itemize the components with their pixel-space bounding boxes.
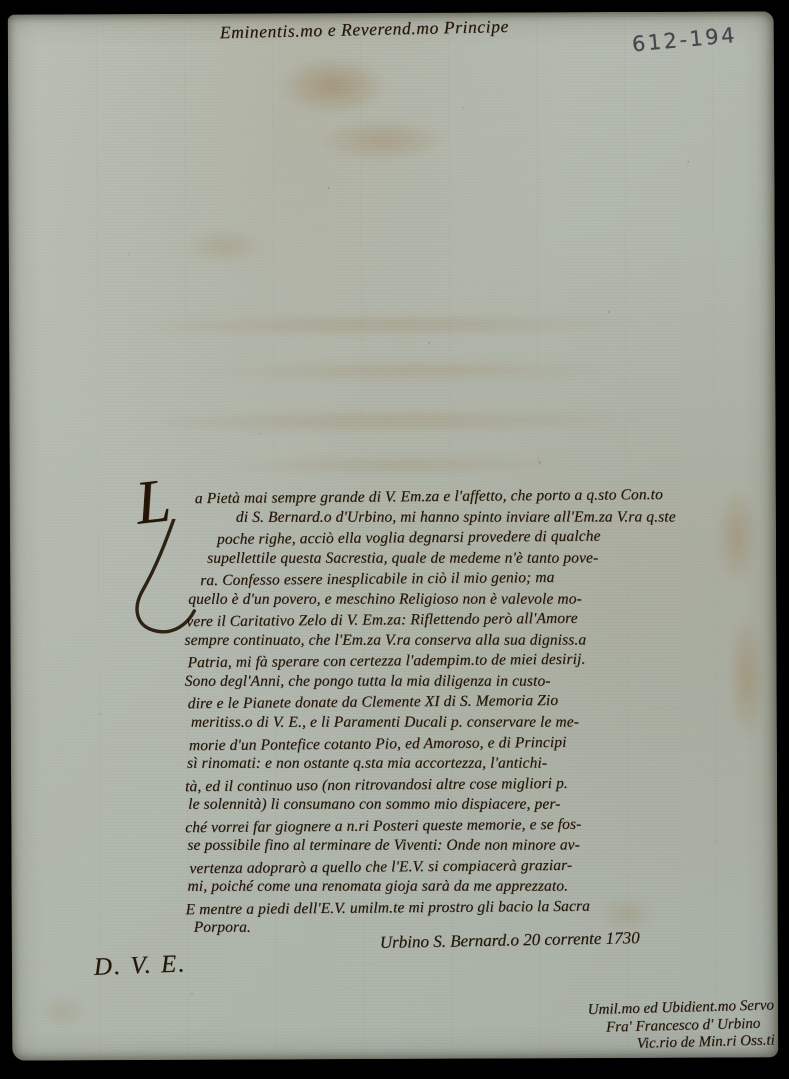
bleed-through-line xyxy=(34,310,734,341)
letter-line: se possibile fino al terminare de Vivent… xyxy=(179,836,789,857)
stain xyxy=(174,224,274,269)
stain xyxy=(263,48,403,124)
letter-line: meritiss.o di V. E., e li Paramenti Duca… xyxy=(179,712,789,733)
letter-line: le solennità) li consumano con sommo mio… xyxy=(179,795,789,816)
manuscript-paper: Eminentis.mo e Reverend.mo Principe 612-… xyxy=(8,11,779,1060)
letter-line: poche righe, acciò ella voglia degnarsi … xyxy=(178,525,789,551)
letter-line: vere il Caritativo Zelo di V. Em.za: Rif… xyxy=(178,607,789,633)
photo-background: { "archival_number": "612-194", "colors"… xyxy=(0,0,789,1079)
bleed-through-line xyxy=(150,452,650,478)
letter-line: mi, poiché come una renomata gioja sarà … xyxy=(180,877,789,898)
archival-number: 612-194 xyxy=(631,23,738,57)
letter-line: Patria, mi fà sperare con certezza l'ade… xyxy=(178,648,789,674)
letter-body: a Pietà mai sempre grande di V. Em.za e … xyxy=(178,485,789,940)
salutation: Eminentis.mo e Reverend.mo Principe xyxy=(220,16,509,43)
bleed-through-line xyxy=(129,357,689,385)
letter-line: sì rinomati: e non ostante q.sta mia acc… xyxy=(179,754,789,775)
closing-abbreviation: D. V. E. xyxy=(93,950,187,982)
letter-line: ra. Confesso essere inesplicabile in ciò… xyxy=(178,566,789,592)
bleed-through-line xyxy=(49,405,729,438)
letter-line: a Pietà mai sempre grande di V. Em.za e … xyxy=(178,484,789,510)
date-line: Urbino S. Bernard.o 20 corrente 1730 xyxy=(380,928,640,953)
letter-line: dire e le Pianete donate da Clemente XI … xyxy=(179,689,789,715)
stain xyxy=(32,989,92,1034)
signature-block: Umil.mo ed Ubidient.mo Servo Fra' France… xyxy=(587,997,774,1054)
letter-line: di S. Bernard.o d'Urbino, mi hanno spint… xyxy=(178,507,789,528)
stain xyxy=(298,113,468,169)
letter-line: morie d'un Pontefice cotanto Pio, ed Amo… xyxy=(179,730,789,756)
